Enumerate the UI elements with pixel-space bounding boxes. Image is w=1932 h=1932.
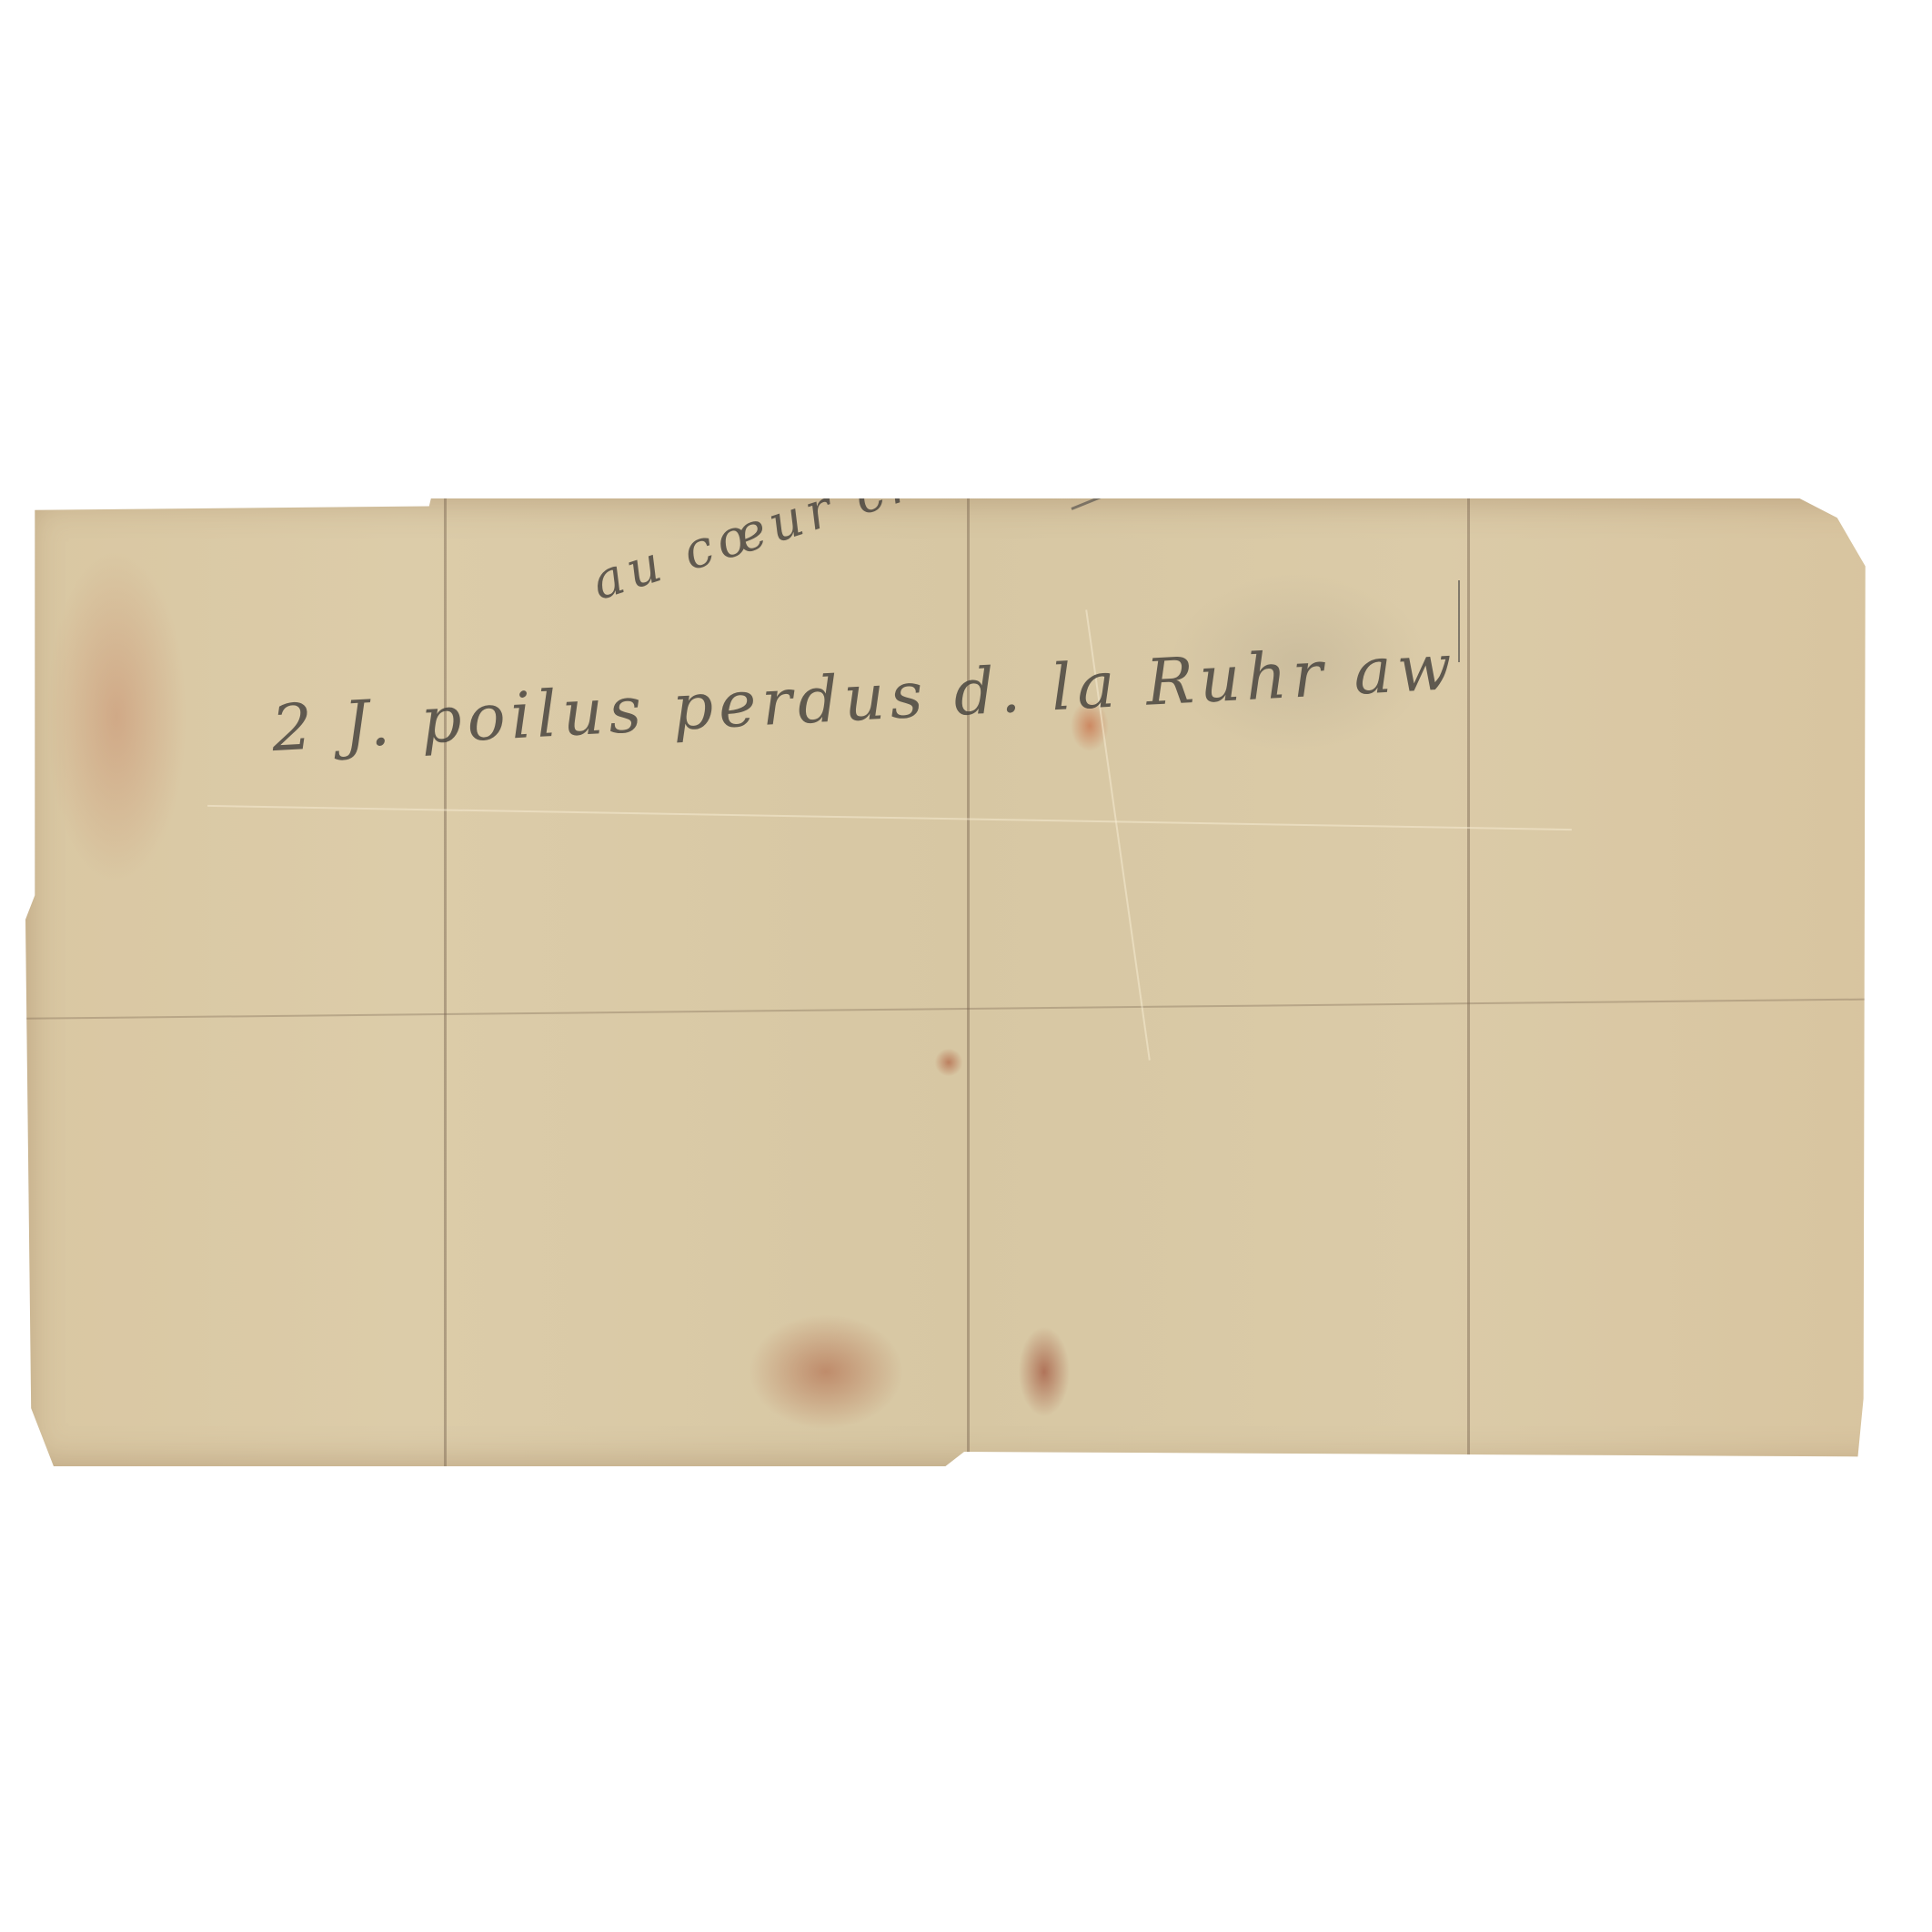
crease	[207, 805, 1572, 830]
banknote: au cœur chauv 2 J. poilus perdus d. la R…	[25, 498, 1903, 1466]
fold-line-left	[444, 498, 447, 1466]
pencil-check-stroke	[1071, 449, 1215, 509]
handwritten-note-main: 2 J. poilus perdus d. la Ruhr aw	[270, 629, 1459, 766]
fold-line-center	[967, 498, 970, 1466]
pencil-mark	[1458, 580, 1460, 662]
fold-line-right	[1467, 498, 1470, 1466]
fold-line-horizontal	[25, 998, 1903, 1020]
